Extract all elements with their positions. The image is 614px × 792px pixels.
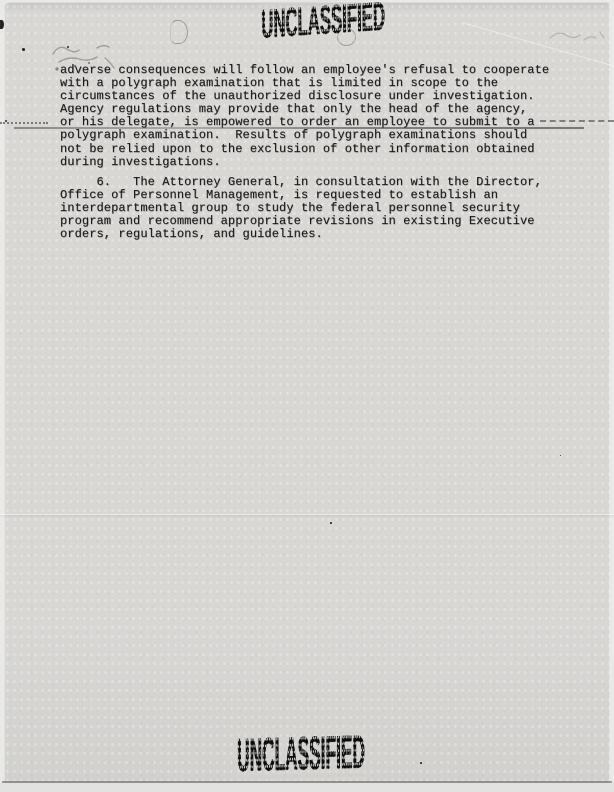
fold-crease-left-margin: [0, 122, 48, 124]
unclassified-stamp-top: UNCLASSIFIED: [261, 0, 385, 45]
edge-ink-mark: [0, 20, 4, 29]
fold-crease-upper: [14, 127, 584, 129]
scanned-document-page: UNCLASSIFIED adverse consequences will f…: [0, 0, 614, 792]
ink-speck: [420, 762, 422, 764]
fold-crease-middle-shadow: [0, 515, 614, 518]
text-line: during investigations.: [60, 156, 549, 169]
ink-speck: [330, 522, 332, 524]
ring-mark-left: [170, 20, 188, 44]
ink-speck: [5, 120, 7, 122]
scanner-background-strip: [0, 783, 614, 792]
text-line: polygraph examination. Results of polygr…: [60, 129, 549, 142]
fold-crease-right-margin: [540, 120, 614, 122]
unclassified-stamp-bottom: UNCLASSIFIED: [237, 729, 365, 779]
ink-speck: [22, 48, 25, 51]
paragraph-2: 6. The Attorney General, in consultation…: [60, 176, 542, 241]
text-line: not be relied upon to the exclusion of o…: [60, 143, 549, 156]
paragraph-1: adverse consequences will follow an empl…: [60, 64, 549, 169]
text-line: orders, regulations, and guidelines.: [60, 228, 542, 241]
ink-speck: [67, 46, 69, 48]
